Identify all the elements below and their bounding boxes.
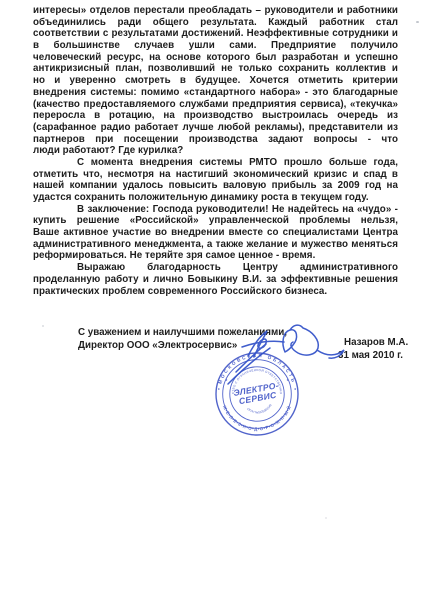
- letter-line: удастся сохранить положительную динамику…: [33, 192, 398, 204]
- letter-line: (качество предоставляемого службами пред…: [33, 99, 398, 111]
- letter-line: в большинстве случаев ушли сами. Предпри…: [33, 40, 398, 52]
- signatory-block: Назаров М.А. 31 мая 2010 г.: [338, 337, 408, 362]
- letter-line: внедрения системы: помимо «стандартного …: [33, 87, 398, 99]
- scanned-letter-page: { "page": { "background": "#ffffff", "te…: [0, 0, 433, 600]
- scan-speck: [42, 325, 44, 327]
- letter-line: реформироваться. Не теряйте зря самое це…: [33, 250, 398, 262]
- letter-line: нашей компании удалось повысить валовую …: [33, 180, 398, 192]
- letter-text-block: интересы» отделов перестали преобладать …: [33, 5, 398, 297]
- letter-line: объединились ради общего результата. Каж…: [33, 17, 398, 29]
- letter-line: человеческий ресурс, на основе которого …: [33, 52, 398, 64]
- company-stamp-seal: МОСКОВСКАЯ ОБЛАСТЬ Ж•Е•Л•Е•З•Н•О•Д•О•Р•О…: [212, 349, 302, 439]
- letter-line: соответствии с результатами достижений. …: [33, 28, 398, 40]
- letter-line: интересы» отделов перестали преобладать …: [33, 5, 398, 17]
- signatory-name: Назаров М.А.: [338, 337, 408, 350]
- letter-line: проделанную работу и лично Бовыкину В.И.…: [33, 274, 398, 286]
- letter-line: практических проблем современного Россий…: [33, 286, 398, 298]
- letter-line: (сарафанное радио работает лучше любой р…: [33, 122, 398, 134]
- closing-line-regards: С уважением и наилучшими пожеланиями,: [78, 326, 287, 339]
- letter-line: С момента внедрения системы РМТО прошло …: [33, 157, 398, 169]
- letter-line: люди работают? Где курилка?: [33, 145, 398, 157]
- signature-date: 31 мая 2010 г.: [338, 350, 408, 363]
- letter-line: переросла в ротацию, на производство выс…: [33, 110, 398, 122]
- letter-line: антикризисный план, позволивший не тольк…: [33, 63, 398, 75]
- letter-line: но и уверенно смотреть в будущее. Хочетс…: [33, 75, 398, 87]
- letter-line: В заключение: Господа руководители! Не н…: [33, 204, 398, 216]
- letter-line: отметить что, несмотря на настигший экон…: [33, 169, 398, 181]
- scan-speck: [416, 21, 419, 23]
- letter-line: партнеров при посещении производства зад…: [33, 134, 398, 146]
- stamp-ogrn-text: ОГРН №1025001549: [246, 403, 274, 417]
- scan-speck: [325, 517, 327, 519]
- letter-line: купить решение «Российской» управленческ…: [33, 215, 398, 227]
- letter-line: административного менеджмента, а также ж…: [33, 239, 398, 251]
- letter-line: Ваше активное участие во внедрении вмест…: [33, 227, 398, 239]
- letter-line: Выражаю благодарность Центру администрат…: [33, 262, 398, 274]
